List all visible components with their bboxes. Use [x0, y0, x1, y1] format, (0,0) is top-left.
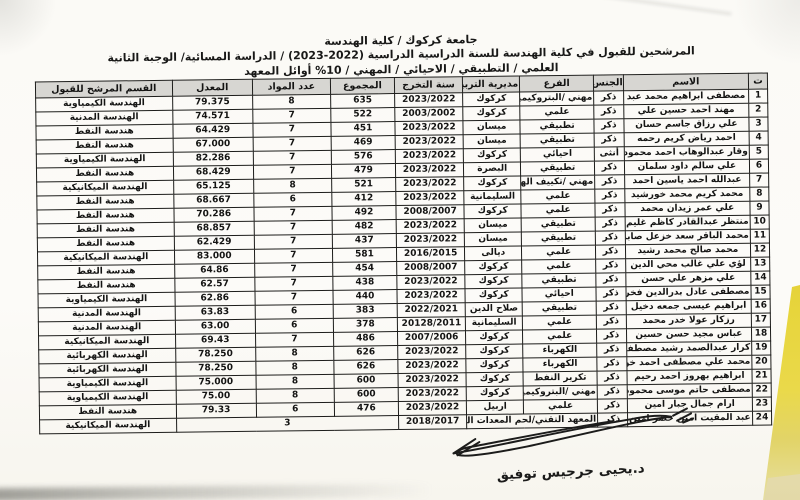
cell-subjects: 7 [254, 248, 332, 263]
cell-subjects: 7 [253, 150, 331, 165]
signature-name: د.يحيى جرجيس توفيق [431, 457, 711, 486]
cell-branch: تطبيقي [522, 301, 596, 316]
cell-branch: علمي [521, 203, 595, 218]
cell-total: 454 [333, 262, 397, 277]
cell-no: 6 [749, 159, 768, 173]
cell-gender: ذكر [597, 371, 627, 385]
cell-year: 2023/2022 [398, 387, 466, 402]
cell-average: 70.286 [174, 207, 254, 222]
cell-total: 469 [331, 136, 395, 151]
cell-branch: تطبيقي [522, 273, 596, 288]
cell-directorate: ميسان [463, 120, 520, 135]
cell-subjects: 8 [256, 388, 334, 403]
cell-average: 67.000 [173, 137, 253, 152]
cell-average: 74.571 [172, 109, 252, 124]
cell-directorate: ميسان [464, 218, 521, 233]
cell-directorate: صلاح الدين [465, 302, 522, 317]
scanned-photo: { "header": { "line1": "جامعة كركوك / كل… [0, 0, 800, 500]
cell-gender: ذكر [594, 133, 624, 147]
cell-total: 438 [333, 276, 397, 291]
cell-gender: ذكر [595, 203, 625, 217]
cell-year: 2023/2022 [395, 149, 463, 164]
cell-subjects: 7 [253, 164, 331, 179]
cell-name: كرار عبدالصمد رشيد مصطفى [626, 341, 751, 357]
cell-name: عبدالله احمد ياسين احمد [624, 173, 749, 189]
cell-average: 68.429 [173, 165, 253, 180]
cell-name: لؤي علي غالب محي الدين [625, 257, 750, 273]
cell-directorate: كركوك [466, 386, 523, 401]
cell-year: 2023/2022 [398, 345, 466, 360]
cell-total: 437 [332, 234, 396, 249]
cell-year: 2023/2022 [396, 191, 464, 206]
cell-directorate: كركوك [466, 372, 523, 387]
cell-branch: علمي [521, 189, 595, 204]
cell-year: 2023/2022 [397, 289, 465, 304]
cell-no: 22 [752, 383, 771, 397]
cell-subjects: 8 [255, 346, 333, 361]
cell-average: 64.429 [173, 123, 253, 138]
cell-directorate: كركوك [466, 330, 523, 345]
cell-no: 7 [750, 173, 769, 187]
cell-average: 79.33 [176, 403, 256, 418]
cell-no: 9 [750, 201, 769, 215]
cell-branch: علمي [523, 329, 597, 344]
cell-name: علي مزهر علي حسن [626, 271, 751, 287]
cell-year: 2023/2022 [395, 93, 463, 108]
cell-subjects: 7 [255, 290, 333, 305]
cell-year: 2023/2022 [398, 373, 466, 388]
col-header-directorate: مديرية التربية [463, 76, 520, 93]
cell-subjects: 7 [254, 206, 332, 221]
cell-average: 62.429 [174, 235, 254, 250]
cell-average: 78.250 [175, 361, 255, 376]
cell-average: 62.86 [175, 291, 255, 306]
cell-branch: احيائي [520, 147, 594, 162]
cell-gender: ذكر [596, 315, 626, 329]
cell-year: 2023/2022 [395, 163, 463, 178]
cell-total: 576 [331, 150, 395, 165]
cell-total: 383 [333, 304, 397, 319]
cell-year: 2023/2022 [396, 233, 464, 248]
cell-subjects-merged: 3 [176, 416, 399, 433]
col-header-name: الاسم [623, 73, 748, 91]
cell-total: 486 [333, 332, 397, 347]
cell-branch: احيائي [522, 287, 596, 302]
cell-gender: ذكر [595, 161, 625, 175]
cell-gender: ذكر [594, 105, 624, 119]
cell-gender: ذكر [595, 231, 625, 245]
cell-subjects: 6 [255, 318, 333, 333]
cell-branch: تكرير النفط [523, 371, 597, 386]
col-header-subjects: عدد المواد [252, 78, 330, 95]
cell-name: عباس مجيد حسن حسين [626, 327, 751, 343]
cell-branch: تطبيقي [520, 133, 594, 148]
cell-no: 20 [752, 355, 771, 369]
cell-gender: ذكر [597, 329, 627, 343]
cell-no: 13 [751, 257, 770, 271]
cell-subjects: 8 [252, 94, 330, 109]
cell-average: 75.000 [176, 375, 256, 390]
cell-average: 82.286 [173, 151, 253, 166]
cell-subjects: 6 [254, 192, 332, 207]
cell-directorate: كركوك [465, 274, 522, 289]
cell-name: ابراهيم بهروز احمد رحيم [627, 369, 752, 385]
cell-subjects: 6 [256, 402, 334, 417]
cell-total: 600 [334, 388, 398, 403]
cell-no: 3 [749, 117, 768, 131]
cell-directorate: كركوك [463, 106, 520, 121]
cell-directorate: البصرة [464, 162, 521, 177]
cell-total: 451 [331, 122, 395, 137]
cell-gender: أنثى [594, 147, 624, 161]
cell-directorate: ميسان [465, 232, 522, 247]
cell-year: 2008/2007 [396, 205, 464, 220]
cell-directorate: كركوك [464, 176, 521, 191]
cell-branch: علمي [523, 315, 597, 330]
page-content: جامعة كركوك / كلية الهندسة المرشحين للقب… [0, 0, 800, 500]
cell-name: مصطفى عادل بدرالدين فخرالدين [626, 285, 751, 301]
cell-name: علي رزاق جاسم حسان [624, 117, 749, 133]
cell-total: 626 [334, 360, 398, 375]
cell-subjects: 7 [253, 136, 331, 151]
cell-average: 64.86 [174, 263, 254, 278]
col-header-no: ت [748, 73, 767, 89]
cell-branch: تطبيقي [521, 161, 595, 176]
cell-subjects: 7 [254, 220, 332, 235]
cell-average: 75.00 [176, 389, 256, 404]
cell-branch: تطبيقي [522, 231, 596, 246]
cell-name: ابراهيم عيسى جمعه دخيل [626, 299, 751, 315]
cell-gender: ذكر [597, 385, 627, 399]
cell-gender: ذكر [596, 287, 626, 301]
cell-no: 23 [752, 397, 771, 411]
cell-total: 522 [331, 108, 395, 123]
cell-directorate: كركوك [463, 92, 520, 107]
cell-subjects: 8 [256, 360, 334, 375]
cell-subjects: 7 [253, 108, 331, 123]
cell-no: 17 [751, 313, 770, 327]
cell-total: 600 [334, 374, 398, 389]
cell-branch: مهني /تكييف الهواء [521, 175, 595, 190]
cell-name: رزكار عولا خدر محمد [626, 313, 751, 329]
cell-gender: ذكر [596, 245, 626, 259]
cell-name: محمد صالح محمد رشيد [625, 243, 750, 259]
cell-directorate: كركوك [465, 288, 522, 303]
cell-name: علي سالم داود سلمان [624, 159, 749, 175]
cell-no: 14 [751, 271, 770, 285]
cell-directorate: كركوك [465, 260, 522, 275]
cell-average: 79.375 [172, 95, 252, 110]
cell-name: محمد الباقر سعد خزعل صابر [625, 229, 750, 245]
cell-no: 19 [752, 341, 771, 355]
col-header-year: سنة التخرج [394, 77, 462, 94]
cell-subjects: 8 [256, 374, 334, 389]
cell-directorate: كركوك [466, 344, 523, 359]
cell-average: 83.000 [174, 249, 254, 264]
cell-no: 21 [752, 369, 771, 383]
cell-subjects: 7 [254, 262, 332, 277]
cell-name: مصطفى حاتم موسى محمود [627, 383, 752, 399]
cell-no: 4 [749, 131, 768, 145]
cell-no: 11 [750, 229, 769, 243]
cell-gender: ذكر [597, 343, 627, 357]
cell-total: 378 [333, 318, 397, 333]
cell-year: 2023/2022 [396, 177, 464, 192]
cell-branch: علمي [522, 245, 596, 260]
cell-total: 440 [333, 290, 397, 305]
cell-year: 2022/2021 [397, 303, 465, 318]
cell-branch: الكهرباء [523, 357, 597, 372]
cell-year: 2023/2022 [398, 359, 466, 374]
cell-branch: مهني /البتروكيمياوية [520, 91, 594, 106]
cell-branch: تطبيقي [520, 119, 594, 134]
cell-subjects: 7 [254, 234, 332, 249]
cell-total: 412 [332, 192, 396, 207]
cell-total: 581 [332, 248, 396, 263]
cell-no: 15 [751, 285, 770, 299]
cell-subjects: 8 [253, 178, 331, 193]
cell-name: محمد كريم محمد خورشيد [624, 187, 749, 203]
cell-total: 521 [332, 178, 396, 193]
cell-branch: تطبيقي [521, 217, 595, 232]
cell-branch: الكهرباء [523, 343, 597, 358]
cell-average: 78.250 [175, 347, 255, 362]
col-header-average: المعدل [172, 79, 252, 96]
candidates-table: تالاسمالجنسالفرعمديرية التربيةسنة التخرج… [35, 72, 772, 434]
cell-directorate: السليمانية [464, 190, 521, 205]
cell-branch: علمي [522, 259, 596, 274]
signature-flourish-icon [435, 406, 706, 461]
cell-gender: ذكر [596, 259, 626, 273]
cell-year: 2003/2002 [395, 107, 463, 122]
cell-average: 63.83 [175, 305, 255, 320]
cell-year: 2023/2022 [397, 275, 465, 290]
cell-subjects: 7 [255, 332, 333, 347]
cell-no: 18 [751, 327, 770, 341]
cell-gender: ذكر [594, 119, 624, 133]
cell-name: مصطفى ابراهيم محمد عبد [623, 89, 748, 105]
cell-name: احمد رياض كريم رحمه [624, 131, 749, 147]
cell-total: 476 [334, 402, 398, 417]
cell-directorate: كركوك [463, 148, 520, 163]
col-header-branch: الفرع [520, 75, 594, 92]
cell-total: 482 [332, 220, 396, 235]
cell-name: علي عمر زيدان محمد [625, 201, 750, 217]
scanned-page: جامعة كركوك / كلية الهندسة المرشحين للقب… [0, 0, 800, 500]
cell-directorate: ديالى [465, 246, 522, 261]
cell-name: وقار عبدالوهاب احمد محمود [624, 145, 749, 161]
table-body: 1مصطفى ابراهيم محمد عبدذكرمهني /البتروكي… [36, 89, 772, 434]
cell-no: 2 [749, 103, 768, 117]
cell-average: 65.125 [173, 179, 253, 194]
cell-no: 24 [752, 411, 771, 425]
signature-block: د.يحيى جرجيس توفيق [430, 406, 711, 494]
cell-branch: مهني /البتروكيمياوية [523, 385, 597, 400]
cell-subjects: 7 [255, 276, 333, 291]
cell-gender: ذكر [594, 91, 624, 105]
cell-year: 2023/2022 [395, 135, 463, 150]
cell-year: 2023/2022 [395, 121, 463, 136]
cell-no: 12 [750, 243, 769, 257]
cell-gender: ذكر [596, 301, 626, 315]
cell-no: 10 [750, 215, 769, 229]
col-header-total: المجموع [330, 78, 394, 95]
cell-total: 635 [330, 94, 394, 109]
cell-gender: ذكر [595, 217, 625, 231]
cell-average: 68.667 [173, 193, 253, 208]
col-header-department: القسم المرشح للقبول [35, 80, 172, 98]
cell-average: 69.43 [175, 333, 255, 348]
col-header-gender: الجنس [594, 75, 624, 91]
cell-name: منتظر عبدالقادر كاظم غليم [625, 215, 750, 231]
cell-gender: ذكر [596, 273, 626, 287]
cell-directorate: السليمانية [466, 316, 523, 331]
cell-average: 68.857 [174, 221, 254, 236]
cell-name: مهند احمد حسين علي [623, 103, 748, 119]
cell-year: 2023/2022 [396, 219, 464, 234]
cell-year: 2007/2006 [397, 331, 465, 346]
cell-name: محمد علي مصطفى احمد خورشيد [627, 355, 752, 371]
cell-total: 626 [334, 346, 398, 361]
cell-no: 8 [750, 187, 769, 201]
cell-total: 492 [332, 206, 396, 221]
cell-year: 2008/2007 [397, 261, 465, 276]
cell-directorate: ميسان [463, 134, 520, 149]
cell-total: 479 [331, 164, 395, 179]
cell-average: 63.00 [175, 319, 255, 334]
cell-average: 62.57 [174, 277, 254, 292]
cell-gender: ذكر [597, 357, 627, 371]
cell-no: 1 [749, 89, 768, 103]
cell-year: 2016/2015 [396, 247, 464, 262]
cell-branch: علمي [520, 105, 594, 120]
cell-subjects: 7 [253, 122, 331, 137]
cell-department: الهندسة الميكانيكية [40, 418, 177, 434]
cell-no: 5 [749, 145, 768, 159]
cell-directorate: كركوك [464, 204, 521, 219]
cell-year: 20128/2011 [397, 317, 465, 332]
cell-gender: ذكر [595, 175, 625, 189]
cell-directorate: كركوك [466, 358, 523, 373]
cell-gender: ذكر [595, 189, 625, 203]
cell-subjects: 6 [255, 304, 333, 319]
cell-no: 16 [751, 299, 770, 313]
